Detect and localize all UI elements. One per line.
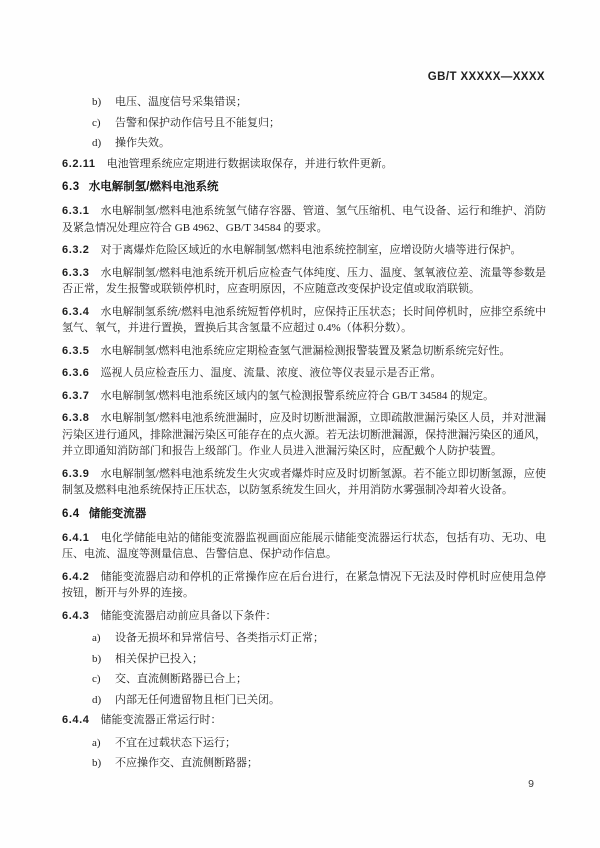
section-number: 6.3: [62, 181, 80, 193]
clause-6-3-2: 6.3.2对于离爆炸危险区域近的水电解制氢/燃料电池系统控制室，应增设防火墙等进…: [62, 242, 546, 259]
clause-text: 水电解制氢/燃料电池系统应定期检查氢气泄漏检测报警装置及紧急切断系统完好性。: [100, 345, 510, 357]
list-marker: b): [92, 755, 101, 772]
section-title: 储能变流器: [89, 508, 147, 520]
list-item-text: 告警和保护动作信号且不能复归；: [115, 117, 280, 129]
list-item-text: 相关保护已投入；: [115, 653, 203, 665]
clause-text: 电池管理系统应定期进行数据读取保存，并进行软件更新。: [107, 158, 393, 170]
list-marker: c): [92, 115, 101, 132]
section-heading-6-4: 6.4储能变流器: [62, 505, 546, 521]
list-marker: d): [92, 135, 101, 152]
clause-6-3-4: 6.3.4水电解制氢系统/燃料电池系统短暂停机时，应保持正压状态；长时间停机时，…: [62, 304, 546, 337]
list-item-text: 内部无任何遗留物且柜门已关闭。: [115, 694, 280, 706]
list-item-text: 电压、温度信号采集错误；: [115, 96, 247, 108]
clause-text: 对于离爆炸危险区域近的水电解制氢/燃料电池系统控制室，应增设防火墙等进行保护。: [100, 244, 521, 256]
list-marker: a): [92, 630, 101, 647]
clause-6-3-7: 6.3.7水电解制氢/燃料电池系统区域内的氢气检测报警系统应符合 GB/T 34…: [62, 388, 546, 405]
list-item: d) 内部无任何遗留物且柜门已关闭。: [62, 692, 546, 709]
list-item: a) 设备无损坏和异常信号、各类指示灯正常；: [62, 630, 546, 647]
list-item: c) 交、直流侧断路器已合上；: [62, 671, 546, 688]
list-marker: b): [92, 94, 101, 111]
clause-6-2-11: 6.2.11电池管理系统应定期进行数据读取保存，并进行软件更新。: [62, 156, 546, 173]
list-item: b) 相关保护已投入；: [62, 651, 546, 668]
clause-number: 6.4.1: [62, 532, 89, 544]
list-item-text: 不应操作交、直流侧断路器；: [115, 757, 258, 769]
clause-6-3-8: 6.3.8水电解制氢/燃料电池系统泄漏时，应及时切断泄漏源，立即疏散泄漏污染区人…: [62, 410, 546, 460]
clause-text: 储能变流器启动前应具备以下条件：: [100, 610, 276, 622]
clause-number: 6.3.3: [62, 267, 89, 279]
section-title: 水电解制氢/燃料电池系统: [89, 181, 219, 193]
clause-number: 6.3.7: [62, 390, 89, 402]
document-page: GB/T XXXXX—XXXX b) 电压、温度信号采集错误； c) 告警和保护…: [0, 0, 600, 848]
list-item: c) 告警和保护动作信号且不能复归；: [62, 115, 546, 132]
clause-6-4-2: 6.4.2储能变流器启动和停机的正常操作应在后台进行，在紧急情况下无法及时停机时…: [62, 569, 546, 602]
clause-text: 水电解制氢/燃料电池系统区域内的氢气检测报警系统应符合 GB/T 34584 的…: [100, 390, 494, 402]
clause-6-3-1: 6.3.1水电解制氢/燃料电池系统氢气储存容器、管道、氢气压缩机、电气设备、运行…: [62, 203, 546, 236]
list-marker: b): [92, 651, 101, 668]
clause-number: 6.3.1: [62, 205, 89, 217]
list-marker: c): [92, 671, 101, 688]
section-number: 6.4: [62, 508, 80, 520]
list-item-text: 设备无损坏和异常信号、各类指示灯正常；: [115, 632, 324, 644]
clause-number: 6.3.2: [62, 244, 89, 256]
clause-text: 水电解制氢/燃料电池系统开机后应检查气体纯度、压力、温度、氢氧液位差、流量等参数…: [62, 267, 546, 296]
list-item: a) 不宜在过载状态下运行；: [62, 735, 546, 752]
clause-6-3-5: 6.3.5水电解制氢/燃料电池系统应定期检查氢气泄漏检测报警装置及紧急切断系统完…: [62, 343, 546, 360]
clause-text: 巡视人员应检查压力、温度、流量、浓度、液位等仪表显示是否正常。: [100, 367, 441, 379]
clause-text: 水电解制氢系统/燃料电池系统短暂停机时，应保持正压状态；长时间停机时，应排空系统…: [62, 306, 546, 335]
list-item-text: 交、直流侧断路器已合上；: [115, 673, 247, 685]
clause-6-3-9: 6.3.9水电解制氢/燃料电池系统发生火灾或者爆炸时应及时切断氢源。若不能立即切…: [62, 466, 546, 499]
page-number: 9: [528, 778, 534, 790]
clause-number: 6.3.6: [62, 367, 89, 379]
clause-6-3-6: 6.3.6巡视人员应检查压力、温度、流量、浓度、液位等仪表显示是否正常。: [62, 365, 546, 382]
clause-6-3-3: 6.3.3水电解制氢/燃料电池系统开机后应检查气体纯度、压力、温度、氢氧液位差、…: [62, 265, 546, 298]
clause-number: 6.2.11: [62, 158, 96, 170]
clause-number: 6.4.2: [62, 571, 89, 583]
clause-number: 6.4.4: [62, 714, 89, 726]
list-marker: d): [92, 692, 101, 709]
clause-6-4-1: 6.4.1电化学储能电站的储能变流器监视画面应能展示储能变流器运行状态，包括有功…: [62, 530, 546, 563]
clause-text: 电化学储能电站的储能变流器监视画面应能展示储能变流器运行状态，包括有功、无功、电…: [62, 532, 546, 561]
clause-number: 6.4.3: [62, 610, 89, 622]
page-content: b) 电压、温度信号采集错误； c) 告警和保护动作信号且不能复归； d) 操作…: [62, 94, 546, 776]
clause-text: 水电解制氢/燃料电池系统氢气储存容器、管道、氢气压缩机、电气设备、运行和维护、消…: [62, 205, 546, 234]
clause-number: 6.3.8: [62, 412, 89, 424]
clause-6-4-4: 6.4.4储能变流器正常运行时：: [62, 712, 546, 729]
clause-number: 6.3.9: [62, 468, 89, 480]
clause-text: 水电解制氢/燃料电池系统泄漏时，应及时切断泄漏源，立即疏散泄漏污染区人员，并对泄…: [62, 412, 546, 457]
list-item: d) 操作失效。: [62, 135, 546, 152]
list-item-text: 操作失效。: [115, 137, 170, 149]
doc-code-header: GB/T XXXXX—XXXX: [428, 71, 545, 83]
section-heading-6-3: 6.3水电解制氢/燃料电池系统: [62, 178, 546, 194]
clause-6-4-3: 6.4.3储能变流器启动前应具备以下条件：: [62, 608, 546, 625]
list-item: b) 电压、温度信号采集错误；: [62, 94, 546, 111]
clause-number: 6.3.5: [62, 345, 89, 357]
clause-text: 储能变流器正常运行时：: [100, 714, 221, 726]
clause-number: 6.3.4: [62, 306, 89, 318]
list-item-text: 不宜在过载状态下运行；: [115, 737, 236, 749]
list-item: b) 不应操作交、直流侧断路器；: [62, 755, 546, 772]
list-marker: a): [92, 735, 101, 752]
clause-text: 储能变流器启动和停机的正常操作应在后台进行，在紧急情况下无法及时停机时应使用急停…: [62, 571, 546, 600]
clause-text: 水电解制氢/燃料电池系统发生火灾或者爆炸时应及时切断氢源。若不能立即切断氢源，应…: [62, 468, 546, 497]
